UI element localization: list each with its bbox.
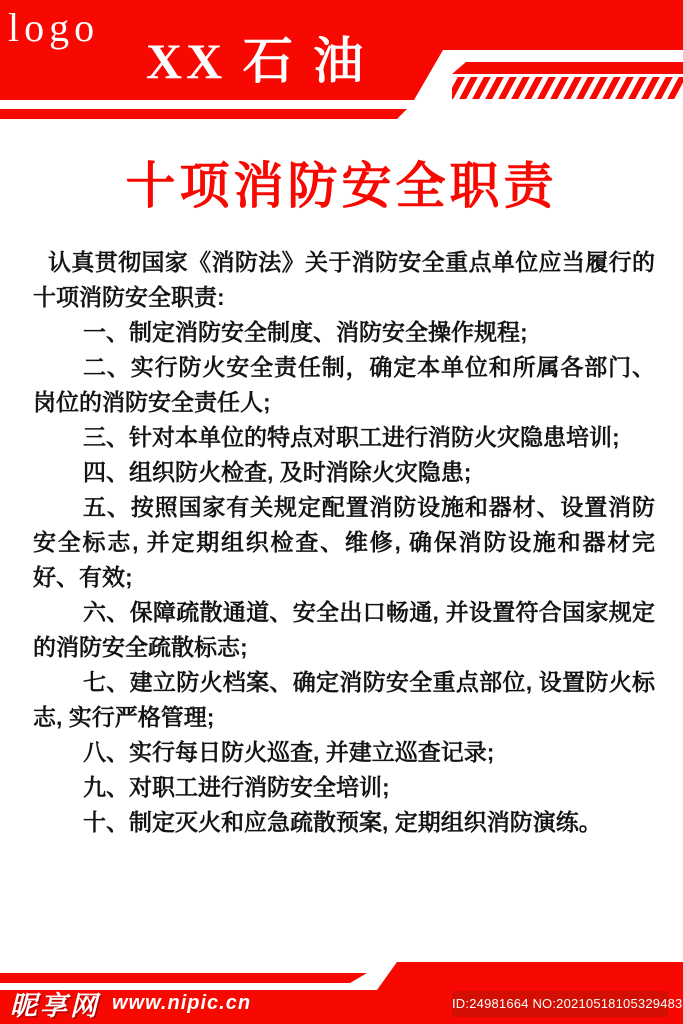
duty-item: 七、建立防火档案、确定消防安全重点部位, 设置防火标志, 实行严格管理; xyxy=(33,665,655,735)
duty-item: 五、按照国家有关规定配置消防设施和器材、设置消防安全标志, 并定期组织检查、维修… xyxy=(33,490,655,595)
header-underline-bar xyxy=(0,109,407,119)
duty-item: 十、制定灭火和应急疏散预案, 定期组织消防演练。 xyxy=(33,805,655,840)
diagonal-stripes xyxy=(452,77,683,99)
fire-safety-poster: logo XX 石 油 十项消防安全职责 认真贯彻国家《消防法》关于消防安全重点… xyxy=(0,0,683,1024)
company-name: XX 石 油 xyxy=(146,34,367,89)
duties-text: 认真贯彻国家《消防法》关于消防安全重点单位应当履行的十项消防安全职责: 一、制定… xyxy=(33,245,655,840)
duty-item: 九、对职工进行消防安全培训; xyxy=(33,770,655,805)
duty-item: 四、组织防火检查, 及时消除火灾隐患; xyxy=(33,455,655,490)
duty-item: 六、保障疏散通道、安全出口畅通, 并设置符合国家规定的消防安全疏散标志; xyxy=(33,595,655,665)
duty-item: 八、实行每日防火巡查, 并建立巡查记录; xyxy=(33,735,655,770)
site-logo: 昵享网 www.nipic.cn xyxy=(10,988,251,1018)
duty-item: 二、实行防火安全责任制，确定本单位和所属各部门、岗位的消防安全责任人; xyxy=(33,350,655,420)
duty-item: 三、针对本单位的特点对职工进行消防火灾隐患培训; xyxy=(33,420,655,455)
footer-accent-bar xyxy=(0,973,367,983)
site-url: www.nipic.cn xyxy=(112,992,251,1015)
duty-item: 一、制定消防安全制度、消防安全操作规程; xyxy=(33,315,655,350)
poster-title: 十项消防安全职责 xyxy=(0,156,683,216)
id-badge: ID:24981664 NO:20210518105329483104 xyxy=(452,991,668,1017)
duties-list: 一、制定消防安全制度、消防安全操作规程;二、实行防火安全责任制，确定本单位和所属… xyxy=(33,315,655,840)
duties-intro: 认真贯彻国家《消防法》关于消防安全重点单位应当履行的十项消防安全职责: xyxy=(33,245,655,315)
logo-text: logo xyxy=(8,6,99,50)
site-name: 昵享网 xyxy=(10,984,100,1023)
header-accent-bar xyxy=(452,62,683,74)
